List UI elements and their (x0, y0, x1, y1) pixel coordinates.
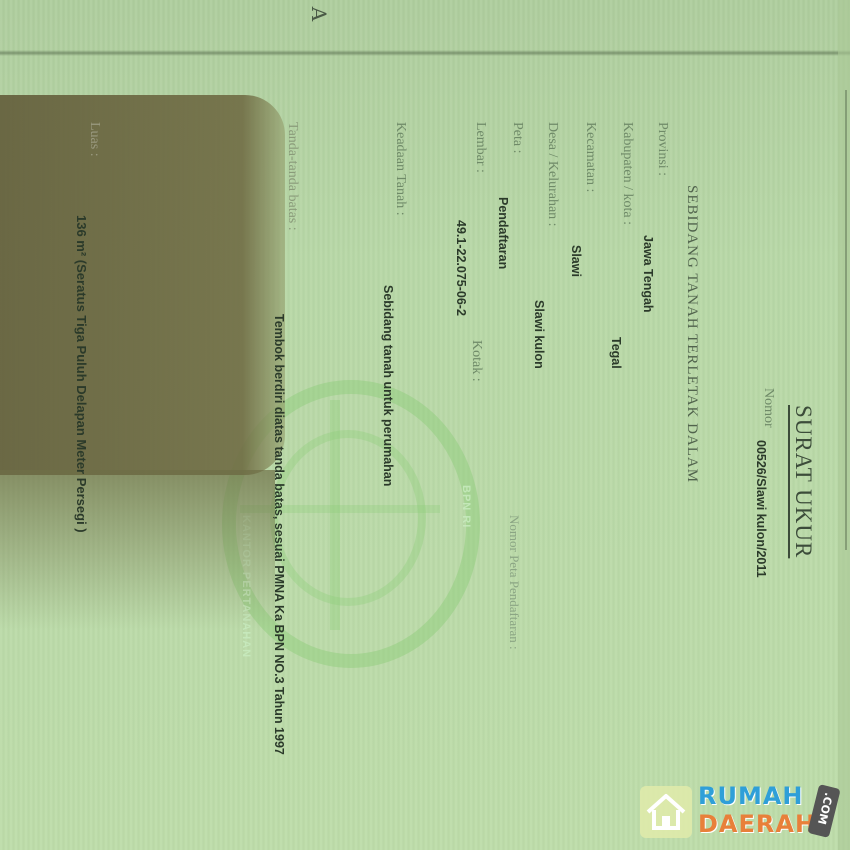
bpn-stamp-axis (330, 400, 340, 630)
peta-value: Pendaftaran (496, 197, 510, 269)
desa-label: Desa / Kelurahan : (544, 122, 560, 227)
keadaan-tanah-value: Sebidang tanah untuk perumahan (381, 285, 395, 486)
tanda-batas-label: Tanda-tanda batas : (284, 122, 300, 231)
desa-value: Slawi kulon (532, 300, 546, 369)
provinsi-label: Provinsi : (654, 122, 670, 176)
number-label: Nomor (760, 388, 776, 428)
hand-shadow (0, 95, 285, 475)
logo-text-daerah: DAERAH (698, 810, 816, 838)
keadaan-tanah-label: Keadaan Tanah : (392, 122, 408, 216)
number-value: 00526/Slawi kulon/2011 (754, 440, 768, 578)
kabupaten-label: Kabupaten / kota : (619, 122, 635, 225)
logo-text-rumah: RUMAH (698, 782, 804, 810)
bpn-stamp-globe (270, 430, 426, 606)
document-title: SURAT UKUR (790, 405, 816, 558)
paper-fold-line (0, 50, 850, 56)
rumahdaerah-logo: RUMAH DAERAH .COM (640, 782, 840, 844)
hand-shadow-fade (0, 470, 275, 630)
luas-label: Luas : (86, 122, 102, 157)
logo-com-tag: .COM (807, 784, 840, 838)
kecamatan-value: Slawi (569, 245, 583, 277)
provinsi-value: Jawa Tengah (641, 235, 655, 313)
kotak-label: Kotak : (468, 340, 484, 382)
luas-value: 136 m² (Seratus Tiga Puluh Delapan Meter… (74, 215, 89, 533)
subtitle: SEBIDANG TANAH TERLETAK DALAM (683, 185, 700, 483)
kecamatan-label: Kecamatan : (582, 122, 598, 192)
stamp-text: BPN RI (460, 485, 472, 528)
lembar-label: Lembar : (472, 122, 488, 173)
handwriting-mark: A (307, 7, 331, 21)
house-icon (640, 786, 692, 838)
kabupaten-value: Tegal (609, 337, 623, 369)
paper-edge (838, 0, 850, 850)
frame-border (845, 90, 847, 550)
lembar-value: 49.1-22.075-06-2 (454, 220, 468, 316)
nomor-peta-label: Nomor Peta Pendaftaran : (506, 515, 522, 650)
peta-label: Peta : (509, 122, 525, 154)
logo-com-text: .COM (815, 791, 835, 826)
tanda-batas-value: Tembok berdiri diatas tanda batas, sesua… (272, 314, 286, 755)
